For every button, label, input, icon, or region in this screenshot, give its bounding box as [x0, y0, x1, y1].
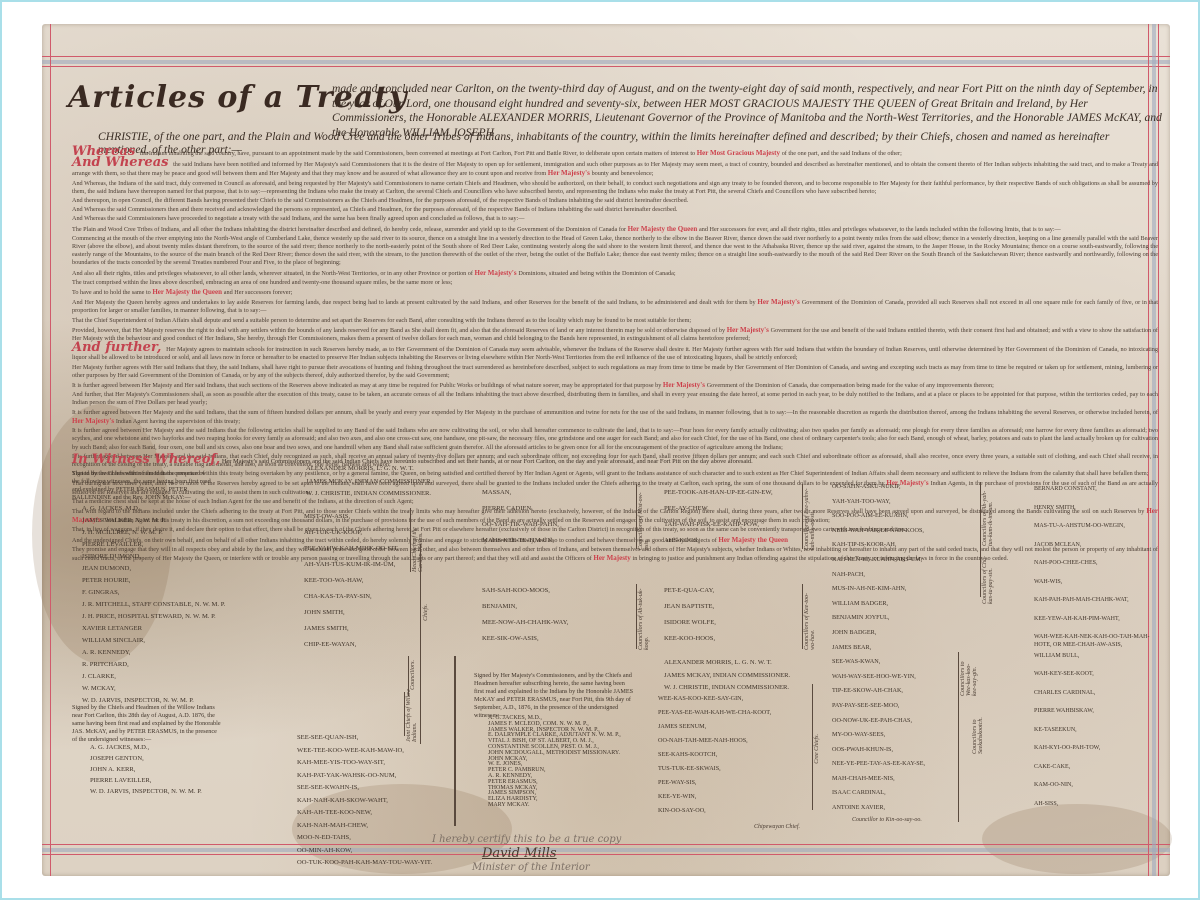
witness-name: XAVIER LETANGER	[82, 624, 252, 636]
border-rule-top	[42, 56, 1170, 57]
councillor-name: CHARLES CARDINAL,	[1034, 690, 1154, 709]
label-chiefs: Chiefs.	[423, 604, 429, 621]
her-majesty-highlight: Her Majesty's	[727, 326, 771, 334]
brace	[636, 484, 637, 549]
councillor-name: KEE-KOO-HOOS,	[664, 634, 794, 650]
councillor-name: NAH-POO-CHEE-CHES,	[1034, 560, 1154, 579]
border-rule-top	[42, 60, 1170, 64]
witness-name: JOHN A. KERR,	[90, 764, 260, 775]
brace	[404, 692, 405, 736]
councillor-name: MUS-IN-AH-NE-KIM-AHN,	[832, 586, 1002, 601]
treaty-paragraph: And further, that Her Majesty's Commissi…	[72, 391, 1158, 407]
witness-name: PIERRE LAVEILLER,	[90, 775, 260, 786]
councillor-name: KAH-KYI-OO-PAH-TOW,	[1034, 745, 1154, 764]
chief-name: PEE-YAHW-KAH-MIHK-OO-SIT,	[304, 544, 464, 560]
border-rule-bottom	[42, 854, 1170, 855]
witness-name: A. G. JACKES, M.D.,	[90, 742, 260, 753]
councillor-name: PIERRE CADIEN,	[482, 504, 602, 520]
witness-name: J. H. PRICE, Hospital Steward, N. W. M. …	[82, 612, 252, 624]
treaty-paragraph: Provided, however, that Her Majesty rese…	[72, 326, 1158, 343]
label-col4b: Councillors of Cha-kas-ta-pay-sin.	[982, 554, 994, 604]
her-majesty-highlight: Her Majesty's	[475, 269, 519, 277]
councillor-name: NEES-WAH-YAK-EE-NAH-KOOS,	[832, 528, 1002, 543]
councillor-name: MAS-TU-A-AHSTUM-OO-WEGIN,	[1034, 523, 1154, 542]
councillor-name: AHS-KOOS,	[664, 536, 794, 552]
councillor-name: YAH-YAH-TOO-WAY,	[832, 499, 1002, 514]
witness-name: JAMES WALKER, N. W. M. P.	[82, 516, 252, 528]
label-col3a: Councillors of Pee-yahw-kah-mihk-oo-sit.	[804, 486, 816, 550]
handwritten-certification: I hereby certify this to be a true copy	[432, 834, 621, 845]
chief-name: KAH-NAH-KAH-SKOW-WAHT,	[297, 797, 477, 810]
willow-chiefs-list: SEE-SEE-QUAN-ISH,WEE-TEE-KOO-WEE-KAH-MAW…	[297, 734, 477, 872]
witness-clause: In Witness Whereof, Her Majesty's said C…	[72, 452, 1152, 467]
councillor-name: WAH-WIS,	[1034, 579, 1154, 598]
chief-name: KAH-PAT-YAK-WAHSK-OO-NUM,	[297, 772, 477, 785]
her-majesty-highlight: Her Majesty's	[548, 169, 592, 177]
witness-name: JEAN DUMOND,	[82, 564, 252, 576]
treaty-paragraph: And Whereas, the Indians of the said tra…	[72, 180, 1158, 196]
label-col2a: Councillors of Mist-ow-asis.	[638, 486, 650, 550]
witness-name: J. CLARKE,	[82, 672, 252, 684]
councillor-name: JOHN BADGER,	[832, 630, 1002, 645]
councillor-name: BENJAMIN,	[482, 602, 602, 618]
label-col4a: Councillors of Ah-yah-tus-kum-ik-im-um.	[982, 486, 994, 546]
treaty-paragraph: It is further agreed between Her Majesty…	[72, 381, 1158, 390]
treaty-paragraph: The tract comprised within the lines abo…	[72, 279, 1158, 287]
her-majesty-highlight: Her Most Gracious Majesty	[697, 149, 782, 157]
label-col4d: Councillors to Seekahskootch.	[972, 704, 984, 754]
treaty-paragraph: And Whereas the said Indians have been n…	[72, 159, 1158, 178]
label-col2b: Councillors of Ah-tuk-uk-koop.	[638, 586, 650, 650]
chief-name: KAH-AH-TEE-KOO-NEW,	[297, 809, 477, 822]
councillor-name: KAM-OO-NIN,	[1034, 782, 1154, 801]
councillor-name: JACOB McLEAN,	[1034, 542, 1154, 561]
chief-name: CHIP-EE-WAYAN,	[304, 640, 464, 656]
councillor-name: BERNARD CONSTANT,	[1034, 486, 1154, 505]
label-chipewyan-chief: Chipewayan Chief.	[754, 824, 800, 830]
her-majesty-highlight: Her Majesty the Queen	[152, 288, 223, 296]
treaty-paragraph: It is further agreed between Her Majesty…	[72, 409, 1158, 426]
commissioner-name: W. J. CHRISTIE, Indian Commissioner.	[306, 489, 476, 502]
treaty-paragraph: And further, Her Majesty agrees to maint…	[72, 344, 1158, 362]
chief-name: KAH-MEE-YIS-TOO-WAY-SIT,	[297, 759, 477, 772]
treaty-document: Articles of a Treaty made and concluded …	[42, 24, 1170, 876]
fortpitt-commissioners: ALEXANDER MORRIS, L. G. N. W. T.JAMES Mc…	[664, 658, 834, 696]
councillor-name: KEE-SIK-OW-ASIS,	[482, 634, 602, 650]
commissioner-name: JAMES McKAY, Indian Commissioner.	[306, 477, 476, 490]
her-majesty-highlight: Her Majesty's	[757, 298, 801, 306]
witness-text: Her Majesty's said Commissioners and the…	[222, 458, 753, 465]
col4-footnote: Councillor to Kin-oo-say-oo.	[852, 817, 922, 823]
chief-name: AH-TUK-UK-KOOP,	[304, 528, 464, 544]
chief-name: SEE-SEE-QUAN-ISH,	[297, 734, 477, 747]
councillor-name: MAH-CHAH-MEE-NIS,	[832, 776, 1002, 791]
witness-name: A. R. KENNEDY,	[82, 648, 252, 660]
fortpitt-witness-note: Signed by Her Majesty's Commissioners, a…	[474, 672, 634, 720]
chief-name: PEE-YAS-EE-WAH-KAH-WE-CHA-KOOT,	[658, 708, 828, 722]
councillor-name: PEE-TOOK-AH-HAN-UP-EE-GIN-EW,	[664, 488, 794, 504]
col5-councillors: BERNARD CONSTANT,HENRY SMITH,MAS-TU-A-AH…	[1034, 486, 1154, 819]
witness-name: W. McKAY,	[82, 684, 252, 696]
handwritten-signature: David Mills	[482, 846, 557, 861]
councillor-name: WILLIAM BULL,	[1034, 653, 1154, 672]
her-majesty-highlight: Her Majesty's	[663, 381, 707, 389]
councillor-name: WAH-KEY-SEE-KOOT,	[1034, 671, 1154, 690]
chief-name: WEE-TEE-KOO-WEE-KAH-MAW-IO,	[297, 747, 477, 760]
treaty-paragraph: That in the event hereafter of the India…	[72, 470, 1158, 478]
chief-name: PEE-WAY-SIS,	[658, 778, 828, 792]
councillor-name: JEAN BAPTISTE,	[664, 602, 794, 618]
councillor-name: MEE-NOW-AH-CHAHK-WAY,	[482, 618, 602, 634]
brace	[958, 652, 959, 822]
label-head-chiefs: Head Chiefs of the Carlton Indians.	[412, 512, 424, 572]
carlton-witness-note: Signed by the Chiefs within named in the…	[72, 470, 212, 502]
chief-name: KAH-NAH-MAH-CHEW,	[297, 822, 477, 835]
label-willow-chiefs: Joint Chiefs of Willow Indians.	[406, 688, 418, 742]
label-col3b: Councillors of Kee-too-wa-haw.	[804, 586, 816, 650]
chief-name: KEE-YE-WIN,	[658, 792, 828, 806]
treaty-paragraph: Commencing at the mouth of the river emp…	[72, 235, 1158, 268]
chief-name: AH-YAH-TUS-KUM-IK-IM-UM,	[304, 560, 464, 576]
councillor-name: OO-YAH-TIK-WAH-PAHN,	[482, 520, 602, 536]
chief-name: KEE-TOO-WA-HAW,	[304, 576, 464, 592]
witness-name: J. R. MITCHELL, Staff Constable, N. W. M…	[82, 600, 252, 612]
border-rule-bottom	[42, 848, 1170, 852]
chief-name: MIST-OW-ASIS,	[304, 512, 464, 528]
willow-witness-note: Signed by the Chiefs and Headmen of the …	[72, 704, 222, 744]
treaty-paragraph: And thereupon, in open Council, the diff…	[72, 197, 1158, 205]
her-majesty-highlight: Her Majesty's	[72, 417, 116, 425]
witness-name: MARY McKAY.	[488, 803, 658, 809]
brace	[420, 544, 421, 744]
carlton-witness-list: A. G. JACKES, M.D.,JAMES WALKER, N. W. M…	[82, 504, 252, 708]
treaty-paragraph: Her Majesty further agrees with Her said…	[72, 364, 1158, 380]
chief-name: OO-TUK-KOO-PAH-KAH-MAY-TOU-WAY-YIT.	[297, 859, 477, 872]
border-rule-right	[1158, 24, 1159, 876]
councillor-name: PET-E-QUA-CAY,	[664, 586, 794, 602]
witness-name: F. GINGRAS,	[82, 588, 252, 600]
councillor-name: KEE-YEW-AH-KAH-PIM-WAHT,	[1034, 616, 1154, 635]
councillor-name: OO-SAHN-ASKU-NUKIP,	[832, 484, 1002, 499]
councillor-name: WILLIAM BADGER,	[832, 601, 1002, 616]
mist-ow-asis-councillors: MASSAN,PIERRE CADIEN,OO-YAH-TIK-WAH-PAHN…	[482, 488, 602, 552]
commissioner-name: ALEXANDER MORRIS, L. G. N. W. T.	[664, 658, 834, 671]
chief-name: SEE-KAHS-KOOTCH,	[658, 750, 828, 764]
treaty-paragraph: Whereas the Indians inhabiting the said …	[72, 148, 1158, 158]
councillor-name: MASSAN,	[482, 488, 602, 504]
her-majesty-highlight: Her Majesty the Queen	[628, 225, 699, 233]
witness-name: ISIDORE DUMOND,	[82, 552, 252, 564]
fortpitt-chiefs-list: WEE-KAS-KOO-KEE-SAY-GIN,PEE-YAS-EE-WAH-K…	[658, 694, 828, 820]
councillor-name: KAH-KEN-EE-KUAHN-AHS-UM,	[832, 557, 1002, 572]
col3-councillors-b: PET-E-QUA-CAY,JEAN BAPTISTE,ISIDORE WOLF…	[664, 586, 794, 650]
brace	[802, 484, 803, 549]
councillor-name: NEE-YE-PEE-TAY-AS-EE-KAY-SE,	[832, 761, 1002, 776]
brace	[980, 482, 981, 597]
councillor-name: TAH-WAH-PISK-EE-KAHP-POW,	[664, 520, 794, 536]
column-divider	[454, 656, 456, 826]
councillor-name: CAKE-CAKE,	[1034, 764, 1154, 783]
willow-witness-list: A. G. JACKES, M.D.,JOSEPH GENTON,JOHN A.…	[90, 742, 260, 797]
councillor-name: NAH-PACH,	[832, 572, 1002, 587]
chief-name: JAMES SEENUM,	[658, 722, 828, 736]
treaty-paragraph: And Whereas the said Commissioners have …	[72, 215, 1158, 223]
treaty-paragraph: And Whereas the said Commissioners then …	[72, 206, 1158, 214]
witness-name: A. G. JACKES, M.D.,	[82, 504, 252, 516]
her-majesty-highlight: Her Majesty	[593, 554, 632, 562]
border-rule-top	[42, 66, 1170, 67]
chief-name: CHA-KAS-TA-PAY-SIN,	[304, 592, 464, 608]
ah-tuk-uk-koop-councillors: SAH-SAH-KOO-MOOS,BENJAMIN,MEE-NOW-AH-CHA…	[482, 586, 602, 650]
witness-name: PIERRE LEVAILLER,	[82, 540, 252, 552]
treaty-paragraph: And also all their rights, titles and pr…	[72, 269, 1158, 278]
witness-name: J. H. McILLREE, N. W. M. P.	[82, 528, 252, 540]
commissioner-name: JAMES McKAY, Indian Commissioner.	[664, 671, 834, 684]
label-councillors: Councillors.	[410, 660, 416, 690]
chief-name: JAMES SMITH,	[304, 624, 464, 640]
label-cree-chiefs: Cree Chiefs.	[814, 734, 820, 764]
chief-name: WEE-KAS-KOO-KEE-SAY-GIN,	[658, 694, 828, 708]
witness-name: PETER HOURIE,	[82, 576, 252, 588]
councillor-name: SOO-POO-AIM-EE-KUAHN,	[832, 513, 1002, 528]
brace	[812, 684, 813, 810]
paragraph-lead: And further,	[72, 340, 166, 355]
councillor-name: ISIDORE WOLFE,	[664, 618, 794, 634]
carlton-chiefs-list: MIST-OW-ASIS,AH-TUK-UK-KOOP,PEE-YAHW-KAH…	[304, 512, 464, 656]
label-col4c: Councillors to Wee-kas-koo-kee-say-gin.	[960, 656, 978, 696]
chief-name: OO-NAH-TAH-MEE-NAH-HOOS,	[658, 736, 828, 750]
councillor-name: BENJAMIN JOYFUL,	[832, 615, 1002, 630]
councillor-name: PIERRE WAHBISKAW,	[1034, 708, 1154, 727]
councillor-name: AH-SISS,	[1034, 801, 1154, 820]
col4-councillors: OO-SAHN-ASKU-NUKIP,YAH-YAH-TOO-WAY,SOO-P…	[832, 484, 1002, 820]
handwritten-title: Minister of the Interior	[472, 862, 590, 873]
fortpitt-witness-list: A. G. JACKES, M.D.,JAMES F. McLEOD, Com.…	[488, 716, 658, 809]
paragraph-lead: And Whereas	[72, 155, 173, 170]
chief-name: SEE-SEE-KWAHN-IS,	[297, 784, 477, 797]
chief-name: JOHN SMITH,	[304, 608, 464, 624]
treaty-paragraph: To have and to hold the same to Her Maje…	[72, 288, 1158, 297]
commissioner-signatures: ALEXANDER MORRIS, L. G. N. W. T.JAMES Mc…	[306, 464, 476, 502]
brace	[410, 508, 411, 572]
commissioner-name: ALEXANDER MORRIS, L. G. N. W. T.	[306, 464, 476, 477]
councillor-name: ISAAC CARDINAL,	[832, 790, 1002, 805]
brace	[802, 584, 803, 649]
chief-name: OO-MIN-AH-KOW,	[297, 847, 477, 860]
councillor-name: HENRY SMITH,	[1034, 505, 1154, 524]
witness-name: W. D. JARVIS, Inspector, N. W. M. P.	[90, 786, 260, 797]
treaty-paragraph: The Plain and Wood Cree Tribes of Indian…	[72, 225, 1158, 234]
witness-name: WILLIAM SINCLAIR,	[82, 636, 252, 648]
treaty-paragraph: It is further agreed between Her Majesty…	[72, 427, 1158, 452]
witness-name: JOSEPH GENTON,	[90, 753, 260, 764]
witness-name: R. PRITCHARD,	[82, 660, 252, 672]
treaty-paragraph: And Her Majesty the Queen hereby agrees …	[72, 298, 1158, 315]
witness-lead: In Witness Whereof,	[72, 452, 220, 467]
councillor-name: KAH-PAH-PAH-MAH-CHAHK-WAT,	[1034, 597, 1154, 616]
councillor-name: KE-TASEEKUN,	[1034, 727, 1154, 746]
councillor-name: SAH-SAH-KOO-MOOS,	[482, 586, 602, 602]
chief-name: TUS-TUK-EE-SKWAIS,	[658, 764, 828, 778]
councillor-name: WAH-WEE-KAH-NEK-KAH-OO-TAH-MAH-HOTE, or …	[1034, 634, 1154, 653]
councillor-name: PEE-AY-CHEW,	[664, 504, 794, 520]
brace	[636, 584, 637, 649]
chief-name: KIN-OO-SAY-OO,	[658, 806, 828, 820]
border-rule-left	[50, 24, 51, 876]
treaty-paragraph: That the Chief Superintendent of Indian …	[72, 317, 1158, 325]
col3-councillors-a: PEE-TOOK-AH-HAN-UP-EE-GIN-EW,PEE-AY-CHEW…	[664, 488, 794, 552]
councillor-name: KAH-TIP-IS-KOOR-AH,	[832, 542, 1002, 557]
councillor-name: MAHS-KEE-TE-TIM-UN,	[482, 536, 602, 552]
